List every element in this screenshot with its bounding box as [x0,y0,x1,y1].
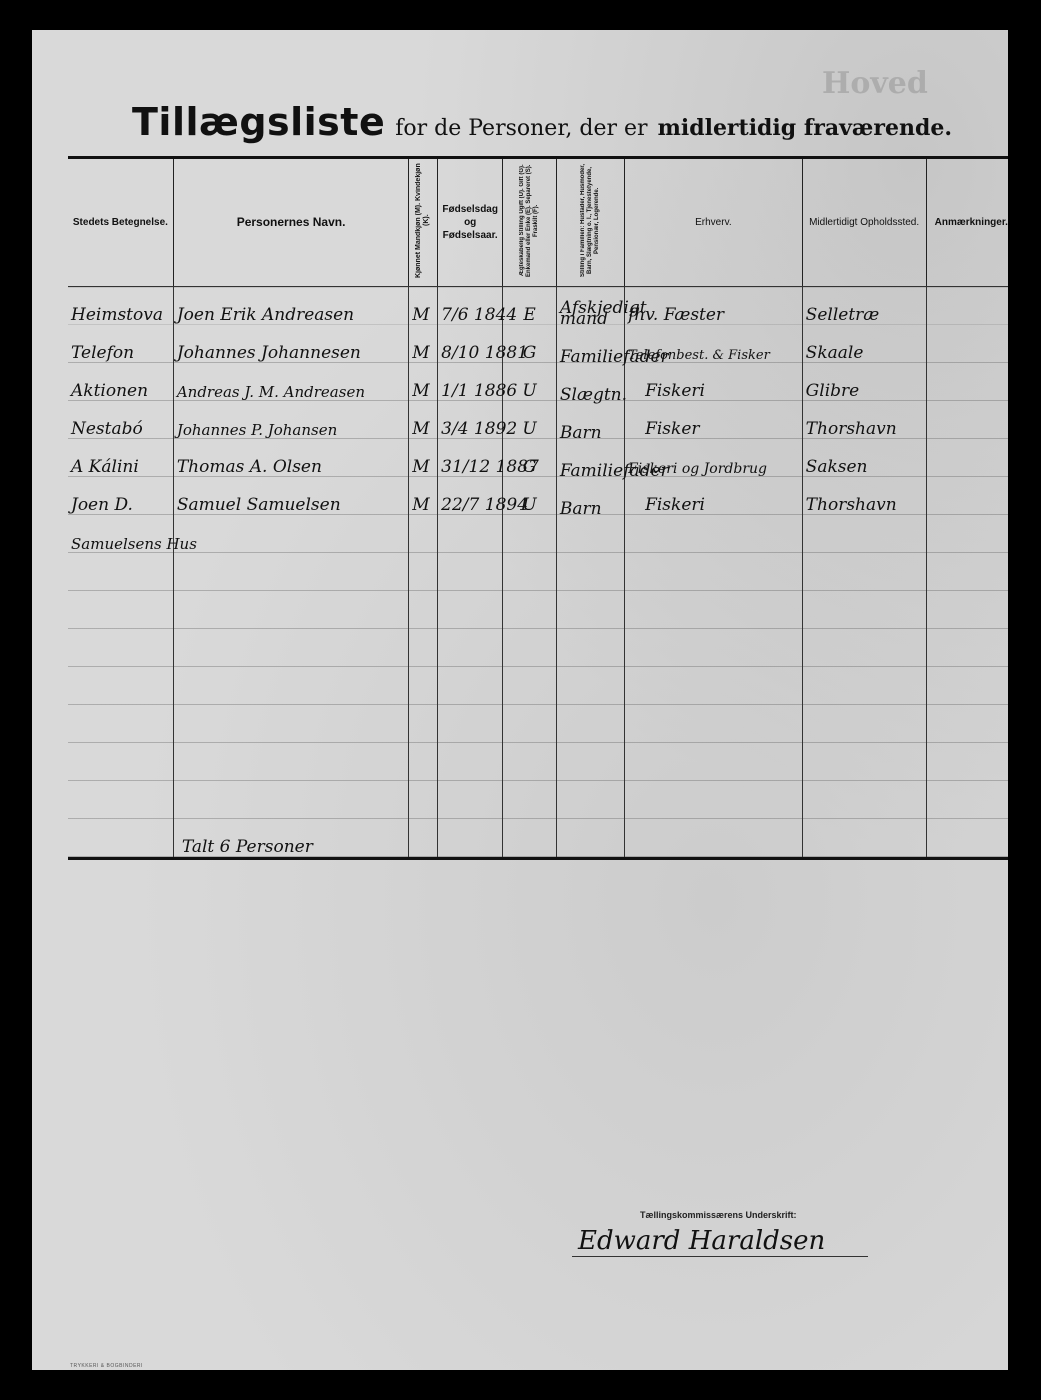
title-bold: midlertidig fraværende. [658,115,952,141]
cell-sex: M [409,439,438,477]
cell-place: Telefon [68,325,173,363]
cell-birth: 1/1 1886 [438,363,503,401]
cell-place: Joen D. [68,477,173,515]
cell-family-role: Familiefader [556,439,624,477]
cell-name: Andreas J. M. Andreasen [173,363,408,401]
table-row: Telefon Johannes Johannesen M 8/10 1881 … [68,325,1008,363]
cell-name: Johannes Johannesen [173,325,408,363]
cell-place: Nestabó [68,401,173,439]
cell-family-role: Familiefader [556,325,624,363]
signature: Edward Haraldsen [572,1226,868,1257]
cell-occupation [625,515,803,553]
cell-name: Samuel Samuelsen [173,477,408,515]
cell-place: A Kálini [68,439,173,477]
header-family-role: Stilling i Familien: Husfader, Husmoder,… [556,158,624,287]
cell-sex: M [409,477,438,515]
cell-family-role: Slægtn. [556,363,624,401]
cell-remarks [926,439,1008,477]
cell-name: Joen Erik Andreasen [173,287,408,326]
cell-stay-place [802,515,926,553]
table-row-empty [68,553,1008,591]
cell-occupation: fhv. Fæster [625,287,803,326]
table-row-empty [68,667,1008,705]
table-row-empty [68,743,1008,781]
cell-name: Johannes P. Johansen [173,401,408,439]
cell-birth: 8/10 1881 [438,325,503,363]
cell-remarks [926,363,1008,401]
header-place: Stedets Betegnelse. [68,158,173,287]
cell-marital [503,515,557,553]
census-table: Stedets Betegnelse. Personernes Navn. Kj… [68,156,1008,860]
table-row-empty [68,781,1008,819]
cell-name [173,515,408,553]
cell-stay-place: Skaale [802,325,926,363]
table-row: Joen D. Samuel Samuelsen M 22/7 1894 U B… [68,477,1008,515]
table-row-empty [68,629,1008,667]
cell-occupation: Fiskeri [625,363,803,401]
cell-stay-place: Glibre [802,363,926,401]
total-row: Talt 6 Personer [68,819,1008,859]
cell-family-role: Barn [556,477,624,515]
cell-sex: M [409,325,438,363]
cell-name: Thomas A. Olsen [173,439,408,477]
cell-stay-place: Thorshavn [802,401,926,439]
cell-place: Heimstova [68,287,173,326]
cell-occupation: Fisker [625,401,803,439]
cell-sex: M [409,363,438,401]
table-row: A Kálini Thomas A. Olsen M 31/12 1887 G … [68,439,1008,477]
header-marital: Ægteskabelig Stilling Ugift (U). Gift (G… [503,158,557,287]
cell-stay-place: Saksen [802,439,926,477]
cell-birth: 7/6 1844 [438,287,503,326]
header-stay-place: Midlertidigt Opholdssted. [802,158,926,287]
title-main: Tillægsliste [132,100,385,144]
printer-mark: TRYKKERI & BOGBINDERI [70,1363,143,1369]
total-label: Talt 6 Personer [173,819,408,859]
header-name: Personernes Navn. [173,158,408,287]
cell-remarks [926,515,1008,553]
cell-birth: 31/12 1887 [438,439,503,477]
cell-family-role: Afskjedigt mand [556,287,624,326]
cell-birth: 22/7 1894 [438,477,503,515]
title-for: for de Personer, der er [395,116,647,141]
cell-occupation: Fiskeri og Jordbrug [625,439,803,477]
table-row: Heimstova Joen Erik Andreasen M 7/6 1844… [68,287,1008,326]
cell-remarks [926,325,1008,363]
table-row: Samuelsens Hus [68,515,1008,553]
table-row-empty [68,591,1008,629]
header-row: Stedets Betegnelse. Personernes Navn. Kj… [68,158,1008,287]
cell-family-role [556,515,624,553]
census-page: Hoved Tillægsliste for de Personer, der … [32,30,1008,1370]
table-row: Aktionen Andreas J. M. Andreasen M 1/1 1… [68,363,1008,401]
header-remarks: Anmærkninger. [926,158,1008,287]
cell-sex: M [409,401,438,439]
cell-sex [409,515,438,553]
cell-place: Aktionen [68,363,173,401]
cell-stay-place: Selletræ [802,287,926,326]
cell-family-role: Barn [556,401,624,439]
cell-birth [438,515,503,553]
cell-place: Samuelsens Hus [68,515,173,553]
header-birth: Fødselsdag og Fødselsaar. [438,158,503,287]
cell-occupation: Fiskeri [625,477,803,515]
page-title: Tillægsliste for de Personer, der er mid… [132,100,992,144]
cell-birth: 3/4 1892 [438,401,503,439]
table-row-empty [68,705,1008,743]
cell-occupation: Telefonbest. & Fisker [625,325,803,363]
cell-remarks [926,287,1008,326]
header-sex: Kjønnet Mandkjøn (M). Kvindekjøn (K). [409,158,438,287]
table-row: Nestabó Johannes P. Johansen M 3/4 1892 … [68,401,1008,439]
signature-label: Tællingskommissærens Underskrift: [640,1210,797,1220]
cell-sex: M [409,287,438,326]
header-occupation: Erhverv. [625,158,803,287]
cell-stay-place: Thorshavn [802,477,926,515]
cell-remarks [926,401,1008,439]
cell-remarks [926,477,1008,515]
bleed-through-heading: Hoved [822,66,928,101]
